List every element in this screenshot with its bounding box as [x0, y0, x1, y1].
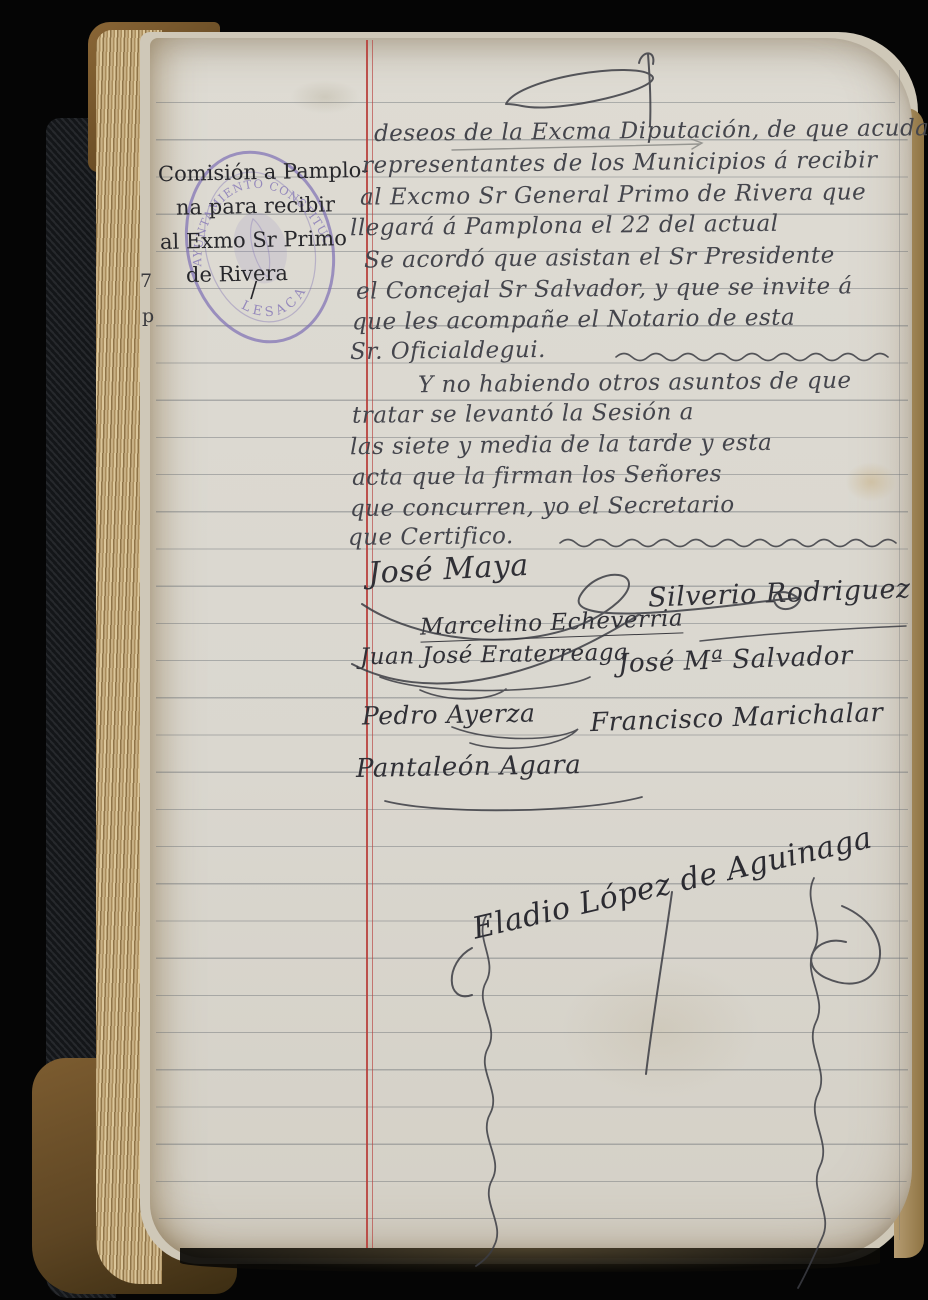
stray-mark: 7	[140, 270, 152, 292]
signature: Juan José Eraterreaga	[360, 640, 629, 671]
margin-note-line: de Rivera	[186, 261, 288, 287]
body-line: tratar se levantó la Sesión a	[352, 399, 694, 429]
body-line: representantes de los Municipios á recib…	[362, 147, 878, 178]
body-line: las siete y media de la tarde y esta	[350, 430, 772, 460]
margin-note-slash-mark: /	[250, 278, 258, 303]
body-line: al Excmo Sr General Primo de Rivera que	[360, 179, 866, 210]
body-line: Se acordó que asistan el Sr Presidente	[364, 243, 835, 274]
body-line: que concurren, yo el Secretario	[350, 492, 735, 522]
signature: Pantaleón Agara	[356, 750, 582, 784]
stray-mark: p	[142, 305, 154, 327]
body-line: Sr. Oficialdegui.	[350, 337, 546, 365]
margin-note-line: al Exmo Sr Primo	[160, 226, 347, 254]
body-line: acta que la firman los Señores	[352, 461, 722, 491]
margin-note-line: na para recibir	[176, 192, 336, 219]
body-line: llegará á Pamplona el 22 del actual	[350, 211, 779, 241]
signature: Pedro Ayerza	[362, 698, 536, 730]
body-line: que Certifico.	[348, 523, 514, 551]
body-line: el Concejal Sr Salvador, y que se invite…	[356, 273, 853, 304]
body-line: que les acompañe el Notario de esta	[352, 305, 795, 336]
body-line: Y no habiendo otros asuntos de que	[418, 368, 852, 399]
right-margin-line	[899, 70, 900, 1240]
scanned-ledger-photo: { "colors": { "background": "#050505", "…	[0, 0, 928, 1300]
margin-note-line: Comisión a Pamplo-	[158, 158, 369, 186]
page-bottom-shadow	[180, 1248, 880, 1272]
